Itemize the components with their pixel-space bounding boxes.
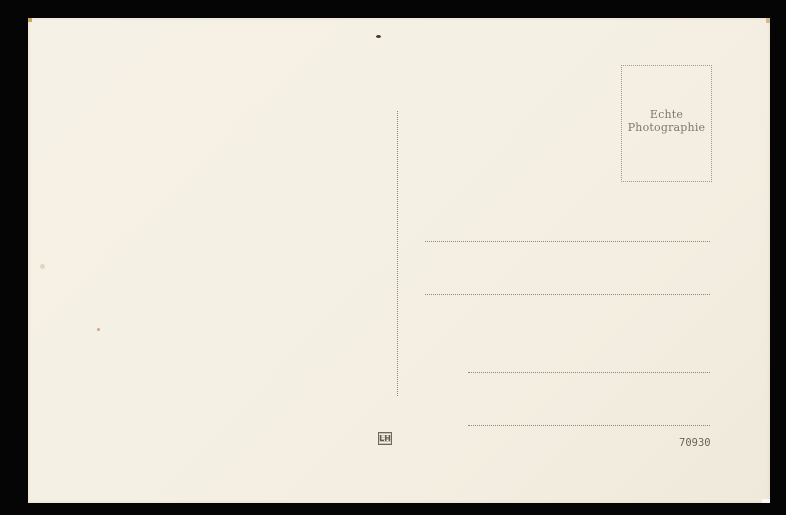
stamp-box: Echte Photographie xyxy=(621,65,712,182)
postcard-back: Echte Photographie LH 70930 xyxy=(28,18,770,503)
paper-speck xyxy=(40,264,45,269)
worn-corner xyxy=(762,499,770,503)
message-address-divider xyxy=(397,111,398,396)
serial-number: 70930 xyxy=(679,437,711,449)
address-line-2 xyxy=(425,294,710,295)
address-line-4 xyxy=(468,425,710,426)
publisher-logo-icon: LH xyxy=(378,432,392,445)
stamp-text-line1: Echte xyxy=(622,108,711,121)
address-line-3 xyxy=(468,372,710,373)
paper-speck xyxy=(97,328,100,331)
worn-corner xyxy=(766,18,770,23)
address-line-1 xyxy=(425,241,710,242)
stamp-text-line2: Photographie xyxy=(622,121,711,134)
paper-speck xyxy=(376,35,381,38)
worn-corner xyxy=(28,18,32,22)
stamp-box-text: Echte Photographie xyxy=(622,108,711,134)
